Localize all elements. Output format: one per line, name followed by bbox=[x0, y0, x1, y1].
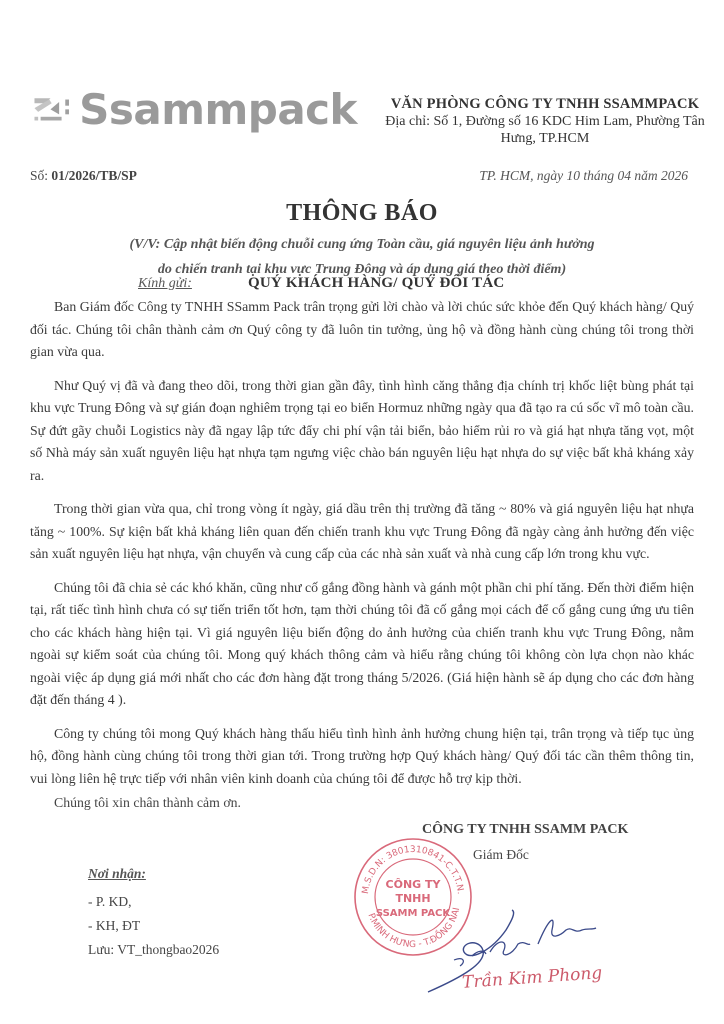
address-line-1: Địa chỉ: Số 1, Đường số 16 KDC Him Lam, … bbox=[380, 113, 710, 130]
svg-text:CÔNG TY: CÔNG TY bbox=[386, 878, 442, 891]
document-number-value: 01/2026/TB/SP bbox=[51, 168, 137, 183]
closing-line: Chúng tôi xin chân thành cảm ơn. bbox=[54, 795, 241, 811]
logo-text: Ssammpack bbox=[79, 89, 357, 131]
ssammpack-logo-icon bbox=[32, 87, 75, 133]
subject-line-1: (V/V: Cập nhật biến động chuỗi cung ứng … bbox=[0, 232, 724, 257]
company-logo: Ssammpack bbox=[32, 84, 357, 136]
signature-title: Giám Đốc bbox=[473, 847, 529, 863]
document-number: Số: 01/2026/TB/SP bbox=[30, 168, 137, 184]
kinh-gui-label: Kính gửi: bbox=[138, 276, 192, 292]
body-paragraph: Ban Giám đốc Công ty TNHH SSamm Pack trâ… bbox=[30, 296, 694, 364]
company-info: VĂN PHÒNG CÔNG TY TNHH SSAMMPACK Địa chỉ… bbox=[380, 96, 710, 147]
storage-note: Lưu: VT_thongbao2026 bbox=[88, 942, 219, 958]
address-line-2: Hưng, TP.HCM bbox=[380, 130, 710, 147]
body-paragraph: Như Quý vị đã và đang theo dõi, trong th… bbox=[30, 375, 694, 488]
body-paragraph: Công ty chúng tôi mong Quý khách hàng th… bbox=[30, 723, 694, 791]
document-title: THÔNG BÁO bbox=[0, 200, 724, 227]
signature-company: CÔNG TY TNHH SSAMM PACK bbox=[422, 822, 628, 838]
body-paragraph: Chúng tôi đã chia sẻ các khó khăn, cũng … bbox=[30, 577, 694, 712]
receivers-label: Nơi nhận: bbox=[88, 862, 146, 886]
receiver-item: - P. KD, bbox=[88, 890, 146, 914]
receiver-item: - KH, ĐT bbox=[88, 914, 146, 938]
handwritten-signature bbox=[420, 900, 620, 1010]
receivers-block: Nơi nhận: - P. KD, - KH, ĐT bbox=[88, 862, 146, 938]
recipient: QUÝ KHÁCH HÀNG/ QUÝ ĐỐI TÁC bbox=[248, 275, 504, 292]
document-number-label: Số: bbox=[30, 168, 51, 183]
company-name: VĂN PHÒNG CÔNG TY TNHH SSAMMPACK bbox=[380, 96, 710, 113]
document-page: Ssammpack VĂN PHÒNG CÔNG TY TNHH SSAMMPA… bbox=[0, 0, 724, 1024]
document-date: TP. HCM, ngày 10 tháng 04 năm 2026 bbox=[479, 168, 688, 184]
body-paragraph: Trong thời gian vừa qua, chỉ trong vòng … bbox=[30, 498, 694, 566]
document-body: Ban Giám đốc Công ty TNHH SSamm Pack trâ… bbox=[30, 296, 694, 801]
